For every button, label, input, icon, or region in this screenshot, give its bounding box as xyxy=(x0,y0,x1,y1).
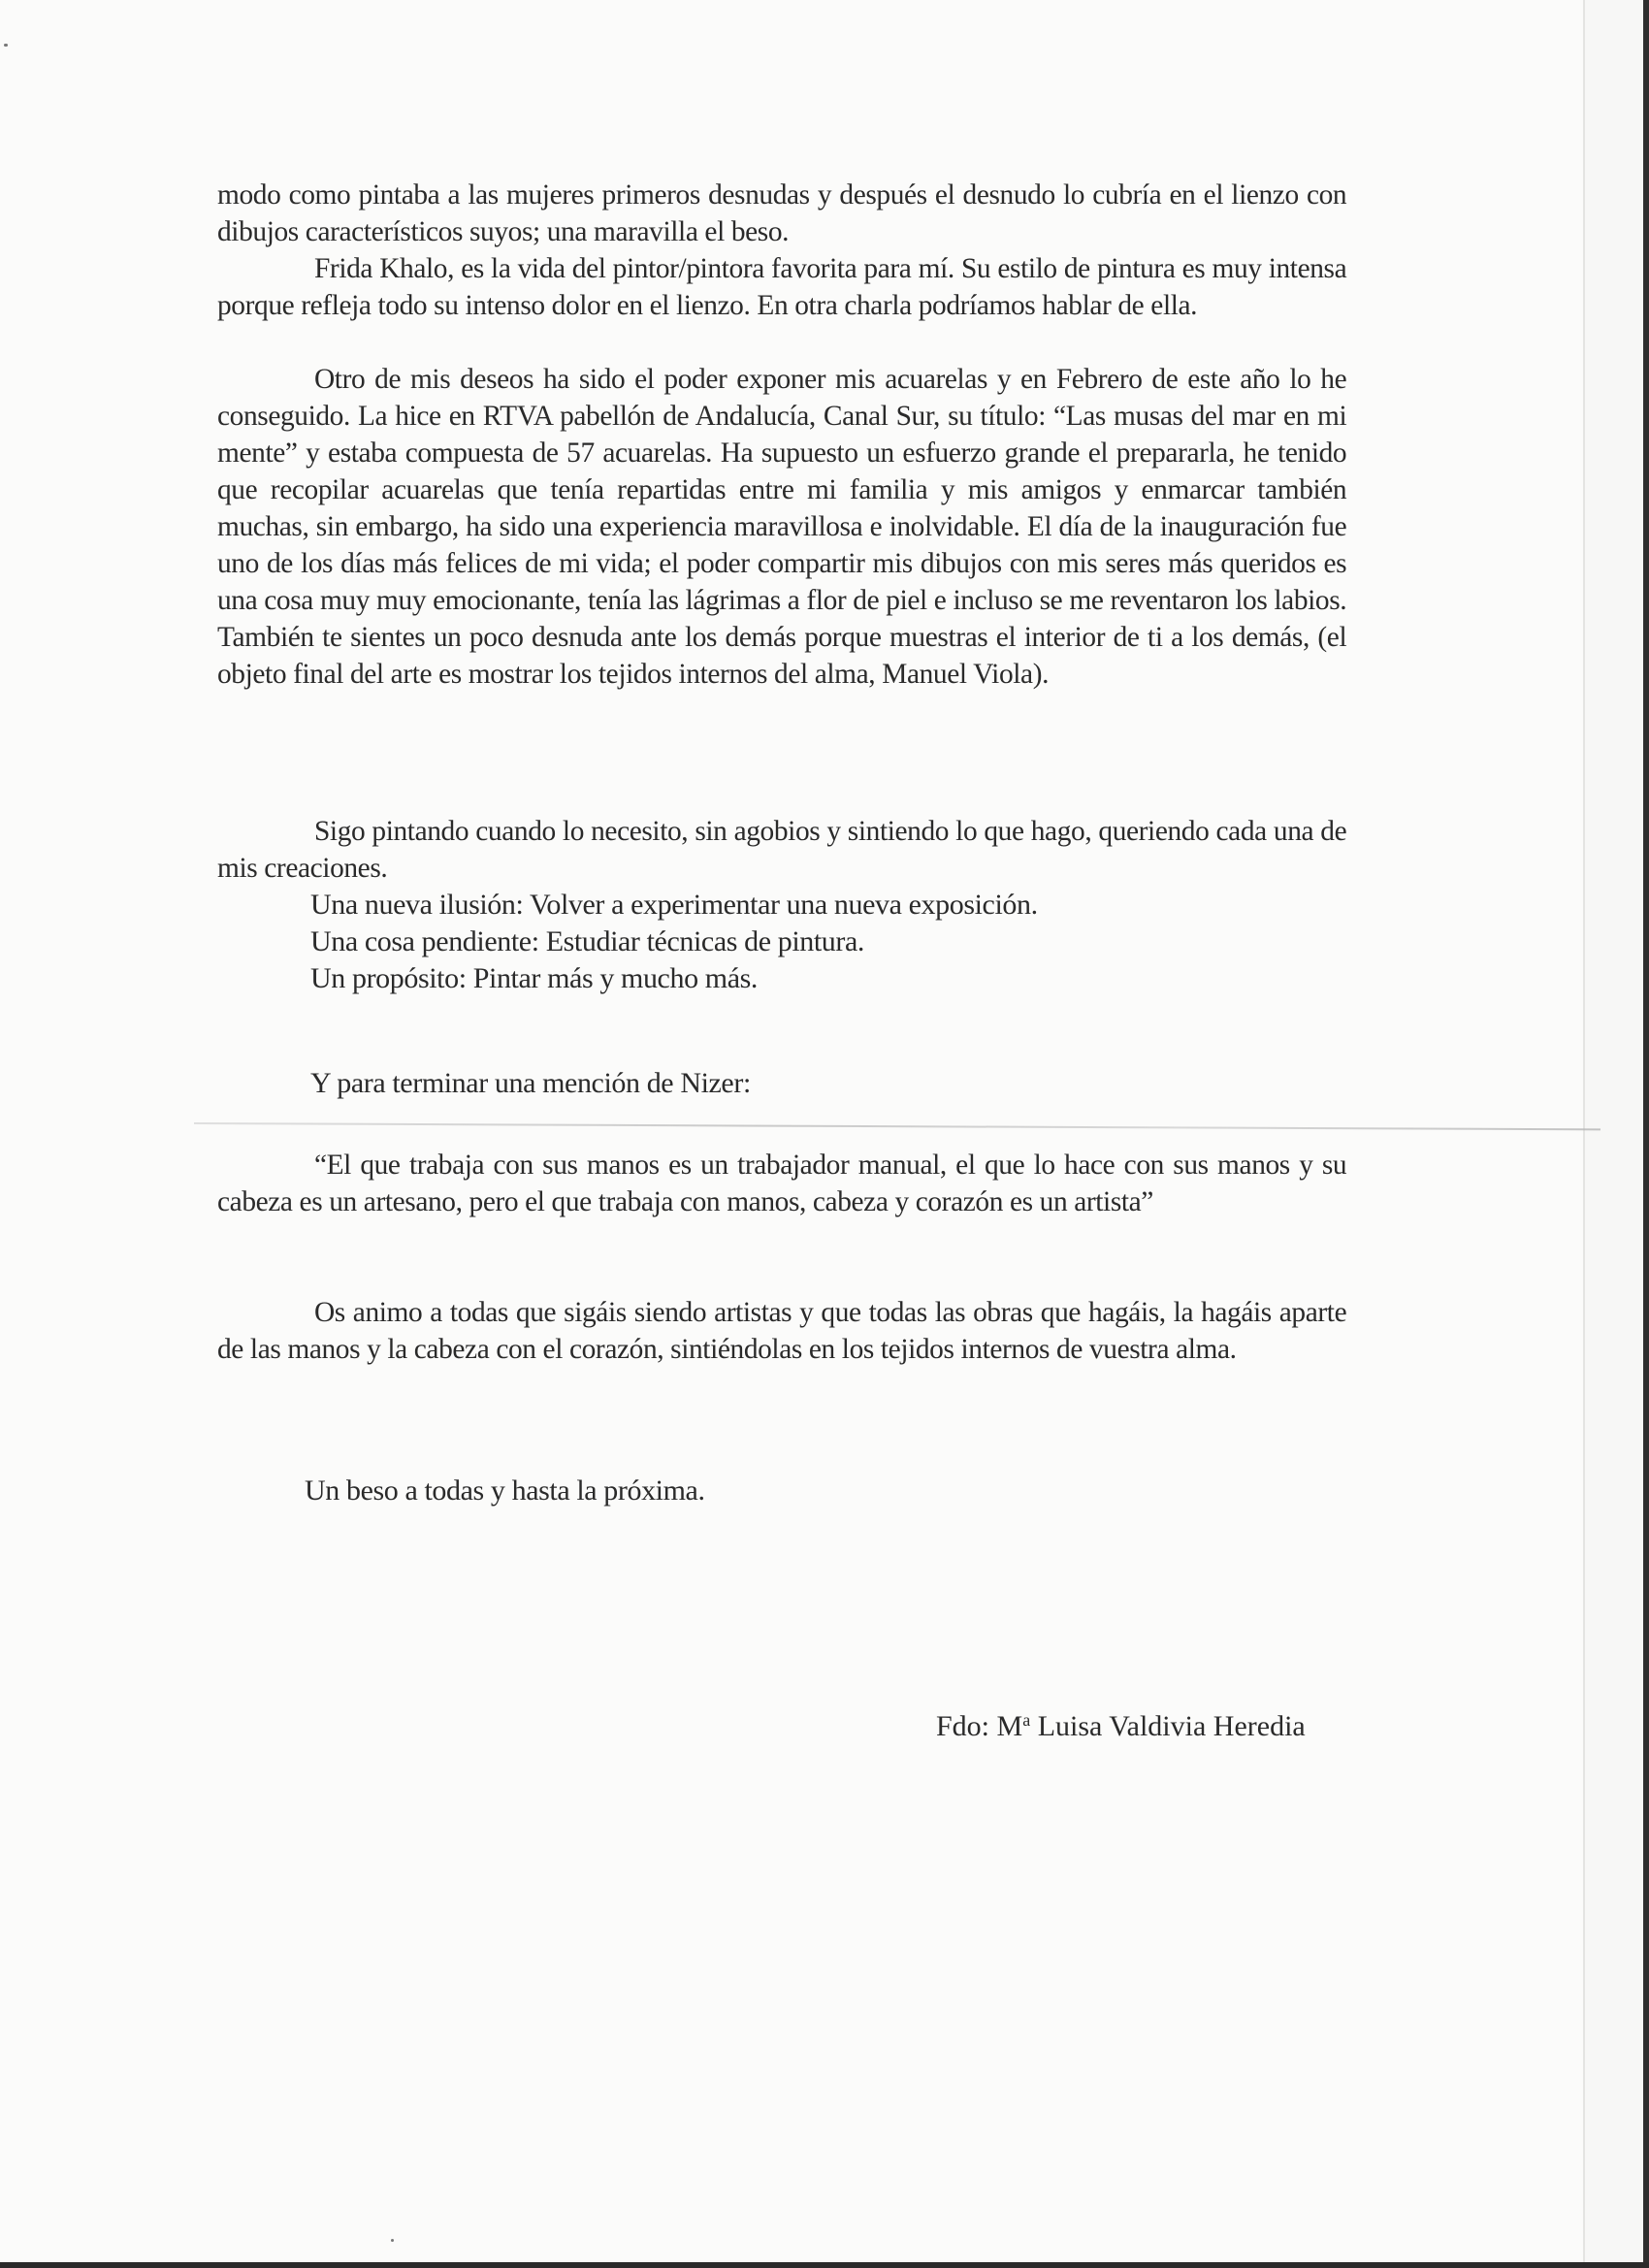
scan-speck xyxy=(391,2239,394,2242)
paragraph-encouragement: Os animo a todas que sigáis siendo artis… xyxy=(217,1294,1370,1368)
list-item-pending-task: Una cosa pendiente: Estudiar técnicas de… xyxy=(310,923,864,960)
scanner-border-bottom xyxy=(0,2262,1649,2268)
paragraph-text: modo como pintaba a las mujeres primeros… xyxy=(217,177,1346,250)
list-item-new-illusion: Una nueva ilusión: Volver a experimentar… xyxy=(310,887,1038,923)
paragraph-nizer-intro: Y para terminar una mención de Nizer: xyxy=(310,1065,751,1102)
paper-edge xyxy=(1583,0,1585,2262)
paragraph-still-painting: Sigo pintando cuando lo necesito, sin ag… xyxy=(217,813,1370,887)
quote-text: “El que trabaja con sus manos es un trab… xyxy=(217,1147,1346,1220)
signature-name: Luisa Valdivia Heredia xyxy=(1030,1710,1306,1742)
paragraph-exhibition: Otro de mis deseos ha sido el poder expo… xyxy=(217,361,1370,693)
paragraph-frida-khalo: Frida Khalo, es la vida del pintor/pinto… xyxy=(217,250,1370,324)
paragraph-text: Frida Khalo, es la vida del pintor/pinto… xyxy=(217,250,1346,324)
paragraph-continuation: modo como pintaba a las mujeres primeros… xyxy=(217,177,1370,250)
signature-prefix: Fdo: M xyxy=(936,1710,1022,1742)
signature: Fdo: Ma Luisa Valdivia Heredia xyxy=(936,1701,1306,1745)
signature-superscript: a xyxy=(1022,1710,1030,1730)
paragraph-text: Os animo a todas que sigáis siendo artis… xyxy=(217,1294,1346,1368)
quote-nizer: “El que trabaja con sus manos es un trab… xyxy=(217,1147,1370,1220)
scan-speck xyxy=(4,44,8,47)
scanner-border-right xyxy=(1643,0,1649,2268)
page-right-margin xyxy=(1585,0,1643,2262)
list-item-purpose: Un propósito: Pintar más y mucho más. xyxy=(310,960,758,997)
paper-fold-line xyxy=(194,1122,1600,1130)
paragraph-text: Sigo pintando cuando lo necesito, sin ag… xyxy=(217,813,1346,887)
paragraph-text: Otro de mis deseos ha sido el poder expo… xyxy=(217,361,1346,693)
closing-line: Un beso a todas y hasta la próxima. xyxy=(305,1473,705,1509)
